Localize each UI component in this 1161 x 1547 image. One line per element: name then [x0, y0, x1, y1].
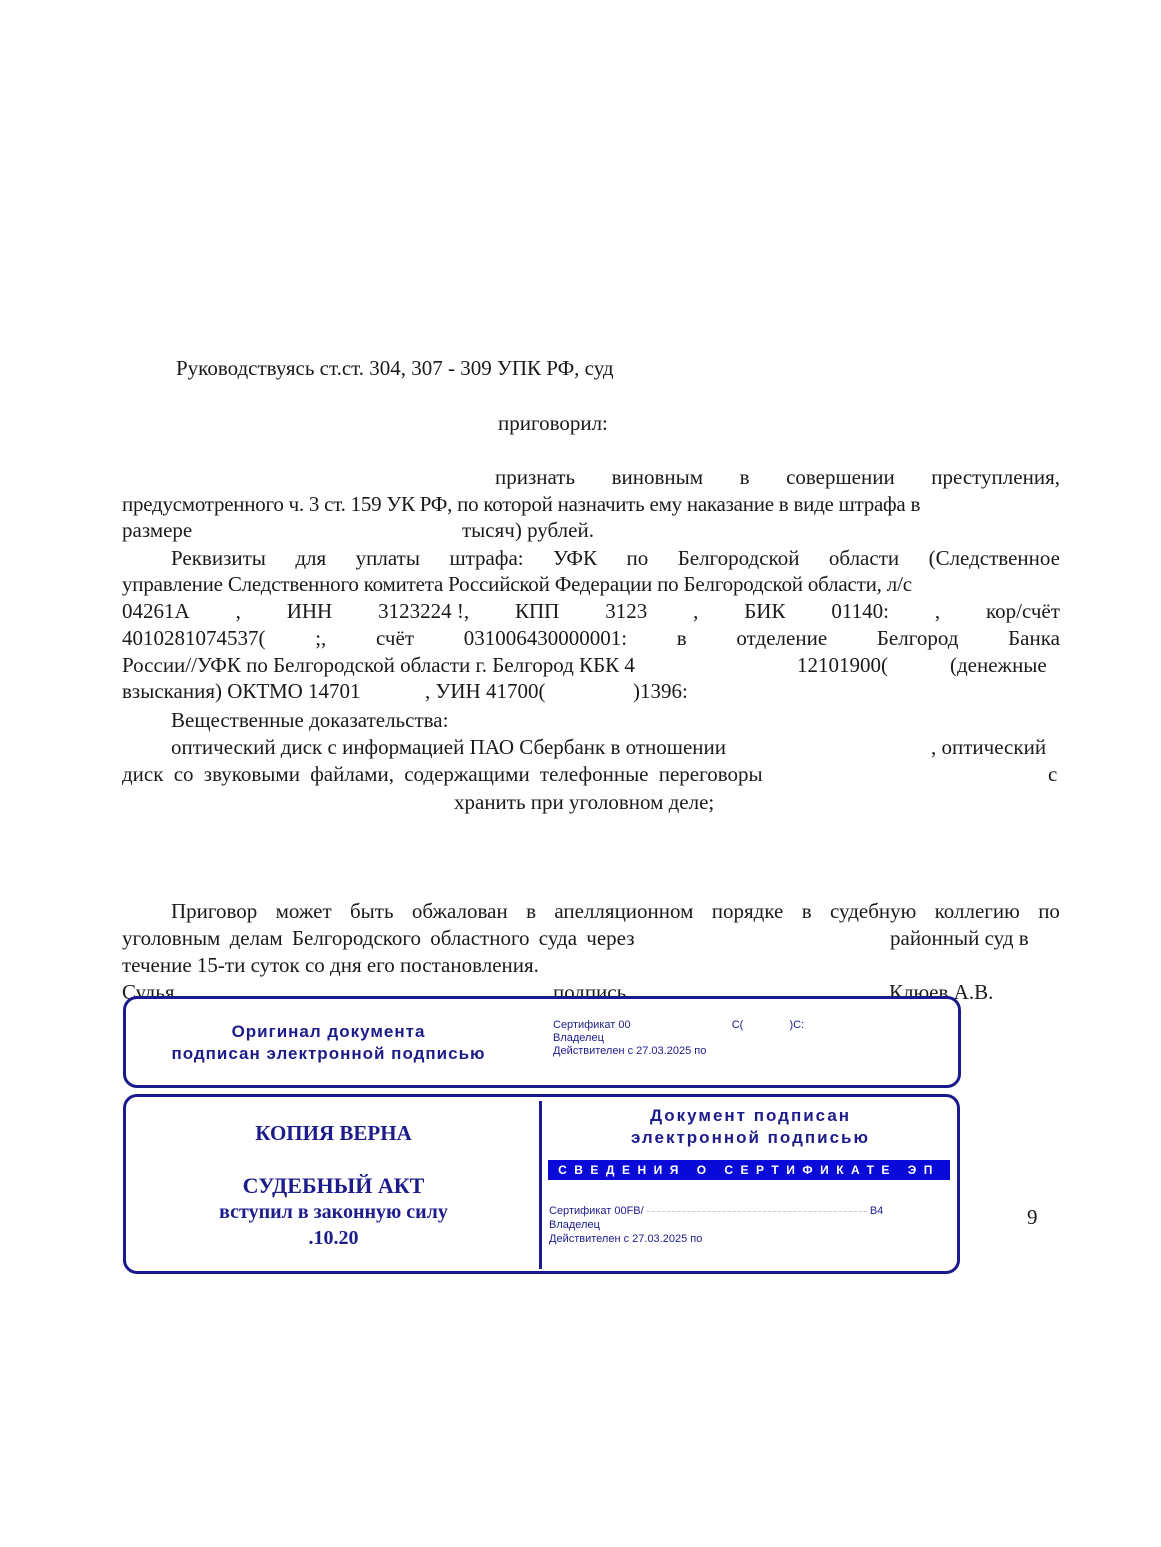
- word: для: [295, 545, 326, 571]
- signed-owner-label: Владелец: [549, 1219, 600, 1232]
- word: ;,: [315, 625, 326, 651]
- word: счёт: [376, 625, 414, 651]
- requisites-line-5b: 12101900(: [797, 652, 888, 678]
- stamp-divider: [539, 1101, 542, 1269]
- word: БИК: [744, 598, 785, 624]
- original-title-line-1: Оригинал документа: [126, 1021, 531, 1043]
- page-number: 9: [1027, 1204, 1038, 1230]
- requisites-line-4: 4010281074537( ;, счёт 031006430000001: …: [122, 625, 1060, 651]
- word: 031006430000001:: [464, 625, 627, 651]
- cert-label: Сертификат 00: [553, 1019, 631, 1031]
- word: отделение: [736, 625, 827, 651]
- original-owner-label: Владелец: [553, 1032, 604, 1045]
- cert-fragment: )С:: [789, 1019, 804, 1031]
- requisites-line-1: Реквизиты для уплаты штрафа: УФК по Белг…: [171, 545, 1060, 571]
- requisites-line-5c: (денежные: [950, 652, 1047, 678]
- evidence-line-2b: с: [1048, 761, 1057, 787]
- word: 04261А: [122, 598, 190, 624]
- word: по: [626, 545, 648, 571]
- word: ,: [236, 598, 241, 624]
- appeal-line-2a: уголовным делам Белгородского областного…: [122, 925, 635, 951]
- word: Белгород: [877, 625, 959, 651]
- word: уплаты: [356, 545, 420, 571]
- word: (Следственное: [929, 545, 1060, 571]
- signed-title-line-1: Документ подписан: [543, 1105, 958, 1127]
- requisites-line-3: 04261А , ИНН 3123224 !, КПП 3123 , БИК 0…: [122, 598, 1060, 624]
- word: 3123: [605, 598, 647, 624]
- original-cert-line: Сертификат 00 С( )С:: [553, 1019, 804, 1032]
- word: порядке: [712, 898, 784, 924]
- requisites-line-6a: взыскания) ОКТМО 14701: [122, 678, 361, 704]
- certificate-info-banner: СВЕДЕНИЯ О СЕРТИФИКАТЕ ЭП: [548, 1160, 950, 1180]
- original-valid-label: Действителен с 27.03.2025 по: [553, 1045, 706, 1058]
- word: ,: [693, 598, 698, 624]
- word: Реквизиты: [171, 545, 266, 571]
- word: быть: [350, 898, 394, 924]
- sentence-line-1: признать виновным в совершении преступле…: [495, 464, 1060, 490]
- stamp-copy-verified: КОПИЯ ВЕРНА СУДЕБНЫЙ АКТ вступил в закон…: [123, 1094, 960, 1274]
- sentence-line-3-start: размере: [122, 517, 192, 543]
- word: Банка: [1008, 625, 1060, 651]
- evidence-line-3: хранить при уголовном деле;: [454, 789, 714, 815]
- word: может: [276, 898, 332, 924]
- word: кор/счёт: [986, 598, 1060, 624]
- requisites-line-6c: )1396:: [633, 678, 688, 704]
- copy-verified-label: КОПИЯ ВЕРНА: [126, 1121, 541, 1146]
- word: виновным: [612, 464, 703, 490]
- word: коллегию: [935, 898, 1020, 924]
- stamp-original-signed: Оригинал документа подписан электронной …: [123, 996, 961, 1088]
- word: в: [740, 464, 750, 490]
- word: 4010281074537(: [122, 625, 266, 651]
- sentence-line-3-end: тысяч) рублей.: [462, 517, 594, 543]
- sentence-line-2: предусмотренного ч. 3 ст. 159 УК РФ, по …: [122, 491, 1060, 517]
- word: области: [829, 545, 899, 571]
- judicial-act-status: вступил в законную силу: [126, 1201, 541, 1224]
- signed-title-line-2: электронной подписью: [543, 1127, 958, 1149]
- word: признать: [495, 464, 575, 490]
- requisites-line-2: управление Следственного комитета Россий…: [122, 571, 912, 597]
- cert-fragment: С(: [732, 1019, 744, 1031]
- word: Приговор: [171, 898, 257, 924]
- word: по: [1038, 898, 1060, 924]
- word: в: [802, 898, 812, 924]
- word: судебную: [830, 898, 916, 924]
- word: КПП: [515, 598, 559, 624]
- verdict-heading: приговорил:: [498, 410, 608, 436]
- word: ,: [935, 598, 940, 624]
- word: преступления,: [931, 464, 1060, 490]
- word: ИНН: [287, 598, 333, 624]
- appeal-line-1: Приговор может быть обжалован в апелляци…: [171, 898, 1060, 924]
- word: в: [677, 625, 687, 651]
- requisites-line-5a: России//УФК по Белгородской области г. Б…: [122, 652, 635, 678]
- word: обжалован: [412, 898, 508, 924]
- cert-label: Сертификат 00FB/: [549, 1205, 644, 1217]
- word: штрафа:: [449, 545, 523, 571]
- word: Белгородской: [678, 545, 800, 571]
- cert-fragment: B4: [870, 1205, 883, 1217]
- evidence-line-1a: оптический диск с информацией ПАО Сберба…: [171, 734, 726, 760]
- appeal-line-2b: районный суд в: [890, 925, 1029, 951]
- evidence-line-1b: , оптический: [931, 734, 1046, 760]
- word: в: [526, 898, 536, 924]
- word: УФК: [553, 545, 597, 571]
- word: совершении: [786, 464, 895, 490]
- judicial-act-date: .10.20: [126, 1227, 541, 1250]
- appeal-line-3: течение 15-ти суток со дня его постановл…: [122, 952, 539, 978]
- word: 3123224 !,: [378, 598, 469, 624]
- evidence-line-2a: диск со звуковыми файлами, содержащими т…: [122, 761, 763, 787]
- requisites-line-6b: , УИН 41700(: [425, 678, 545, 704]
- signed-cert-line: Сертификат 00FB/ B4: [549, 1205, 883, 1218]
- original-title-line-2: подписан электронной подписью: [126, 1043, 531, 1065]
- intro-text: Руководствуясь ст.ст. 304, 307 - 309 УПК…: [176, 355, 614, 381]
- copy-verified-section: КОПИЯ ВЕРНА СУДЕБНЫЙ АКТ вступил в закон…: [126, 1097, 541, 1271]
- judicial-act-title: СУДЕБНЫЙ АКТ: [126, 1173, 541, 1199]
- signed-valid-label: Действителен с 27.03.2025 по: [549, 1233, 702, 1246]
- word: 01140:: [831, 598, 889, 624]
- evidence-heading: Вещественные доказательства:: [171, 707, 448, 733]
- word: апелляционном: [554, 898, 693, 924]
- document-signed-section: Документ подписан электронной подписью С…: [543, 1097, 958, 1271]
